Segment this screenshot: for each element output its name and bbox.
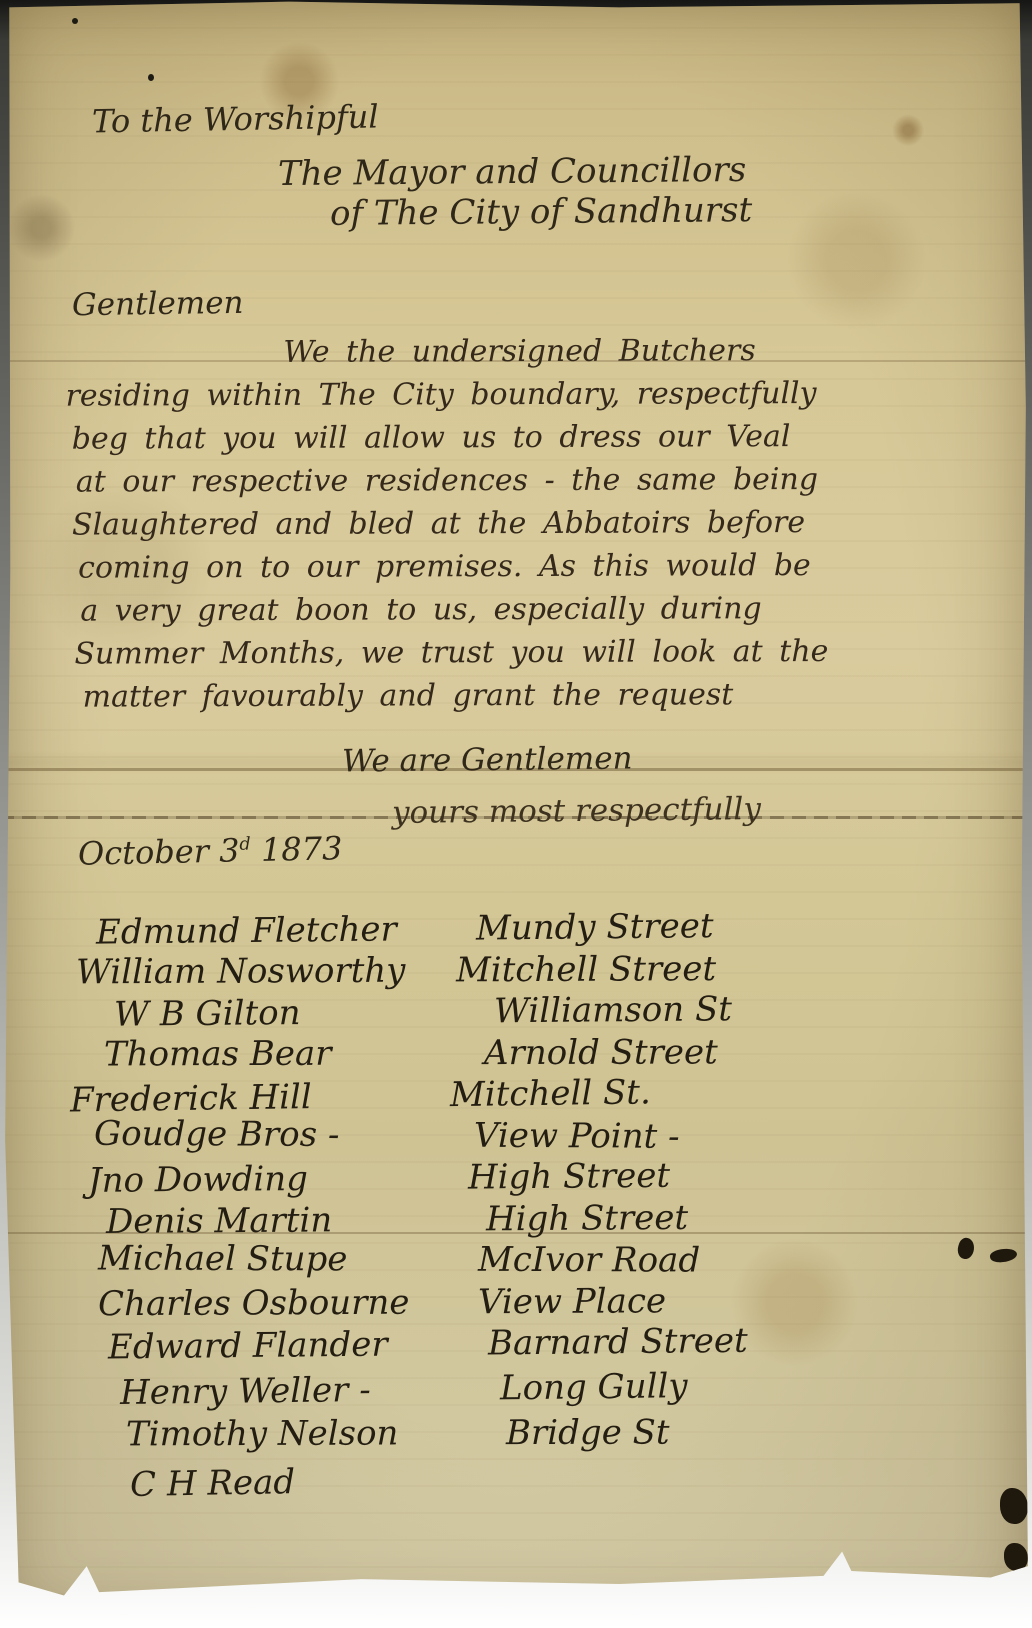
photo-background: To the Worshipful The Mayor and Councill… [0,0,1032,1628]
pin-hole [72,18,78,24]
signer-name: Edward Flander [108,1323,488,1367]
addressee-line-1: To the Worshipful [92,98,379,141]
signer-name: Charles Osbourne [98,1281,478,1323]
body-line: beg that you will allow us to dress our … [66,414,996,460]
signer-name: Timothy Nelson [126,1413,506,1454]
signature-row: William NosworthyMitchell Street [68,945,998,991]
signer-address: High Street [486,1197,688,1238]
signer-address: High Street [468,1155,670,1197]
signer-address: Arnold Street [484,1031,718,1072]
signer-name: Henry Weller - [120,1368,500,1413]
signer-address: Long Gully [500,1366,688,1408]
ink-blot [1004,1543,1028,1571]
signer-address: Barnard Street [488,1320,748,1363]
signature-row: Denis MartinHigh Street [68,1193,998,1241]
ink-blot [1000,1488,1028,1524]
signer-address: Mitchell Street [456,948,716,989]
signer-name: C H Read [130,1458,511,1505]
signer-address: McIvor Road [478,1239,700,1280]
signature-row: Jno DowdingHigh Street [68,1151,998,1201]
signer-name: Michael Stupe [98,1238,478,1279]
date-ordinal: d [239,834,251,854]
salutation: Gentlemen [72,285,244,323]
signer-name: Edmund Fletcher [96,908,476,952]
closing-line-2: yours most respectfully [392,791,761,831]
signer-name: Goudge Bros - [94,1113,474,1155]
date-line: October 3d 1873 [78,829,343,873]
signer-name: Denis Martin [106,1198,486,1241]
body-line: matter favourably and grant the request [67,672,997,718]
addressee-line-2: The Mayor and Councillors [278,150,747,194]
body-line: Slaughtered and bled at the Abbatoirs be… [66,500,996,546]
signer-name: Jno Dowding [88,1157,468,1200]
body-line: Summer Months, we trust you will look at… [66,629,996,675]
signer-name: Thomas Bear [104,1032,484,1073]
body-line: We the undersigned Butchers [65,328,995,374]
signer-address: Williamson St [494,989,732,1031]
body-line: coming on to our premises. As this would… [66,543,996,589]
document-paper: To the Worshipful The Mayor and Councill… [0,0,1032,1628]
body-line: a very great boon to us, especially duri… [66,586,996,632]
ink-blot [992,1596,1012,1609]
signature-row: Edmund FletcherMundy Street [68,901,998,952]
body-line: residing within The City boundary, respe… [65,371,995,417]
signature-row: Michael StupeMcIvor Road [68,1236,998,1281]
date-prefix: October 3 [78,831,240,872]
signature-row: W B GiltonWilliamson St [68,985,998,1035]
signer-address: View Place [478,1280,666,1321]
signer-name: William Nosworthy [76,949,456,991]
signer-address: Mitchell St. [450,1072,651,1115]
signature-row: Goudge Bros -View Point - [68,1111,998,1157]
signature-row: Charles OsbourneView Place [68,1277,998,1323]
signer-address: Bridge St [506,1412,670,1453]
signer-address: View Point - [474,1115,680,1156]
letter-body: We the undersigned Butchers residing wit… [65,328,996,718]
signer-name: W B Gilton [114,991,494,1034]
body-line: at our respective residences - the same … [66,457,996,503]
pin-hole [148,74,154,81]
date-year: 1873 [250,829,342,869]
addressee-line-3: of The City of Sandhurst [330,190,753,234]
signer-address: Mundy Street [476,906,714,948]
signature-list: Edmund FletcherMundy Street William Nosw… [68,906,998,1498]
closing-line-1: We are Gentlemen [342,740,633,779]
